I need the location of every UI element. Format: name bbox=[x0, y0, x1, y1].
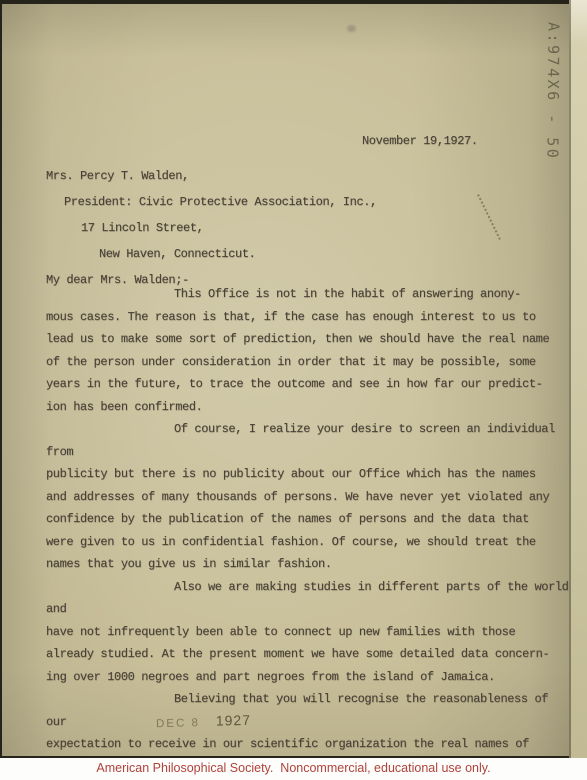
paper-edge-strip bbox=[569, 0, 587, 758]
paragraph-3: Also we are making studies in different … bbox=[46, 576, 571, 689]
paragraph-1: This Office is not in the habit of answe… bbox=[46, 283, 571, 418]
paragraph-2: Of course, I realize your desire to scre… bbox=[46, 418, 571, 576]
letter-date: November 19,1927. bbox=[362, 134, 478, 148]
stamp-date: DEC 8 bbox=[156, 717, 200, 730]
archival-number: A:974X6 - 50 bbox=[542, 22, 562, 161]
paper-smudge bbox=[347, 25, 356, 32]
recipient-title: President: Civic Protective Association,… bbox=[46, 189, 377, 215]
received-date-stamp: DEC 81927 bbox=[156, 712, 251, 732]
recipient-name: Mrs. Percy T. Walden, bbox=[46, 163, 377, 189]
letter-heading: Mrs. Percy T. Walden, President: Civic P… bbox=[46, 163, 377, 293]
recipient-street: 17 Lincoln Street, bbox=[46, 215, 377, 241]
stamp-year: 1927 bbox=[216, 712, 252, 729]
recipient-city: New Haven, Connecticut. bbox=[46, 241, 377, 267]
credit-line: American Philosophical Society. Noncomme… bbox=[0, 758, 587, 780]
letter-scan: A:974X6 - 50 November 19,1927. Mrs. Perc… bbox=[0, 0, 587, 780]
letter-body: This Office is not in the habit of answe… bbox=[46, 283, 571, 778]
scan-photo: A:974X6 - 50 November 19,1927. Mrs. Perc… bbox=[0, 0, 587, 758]
